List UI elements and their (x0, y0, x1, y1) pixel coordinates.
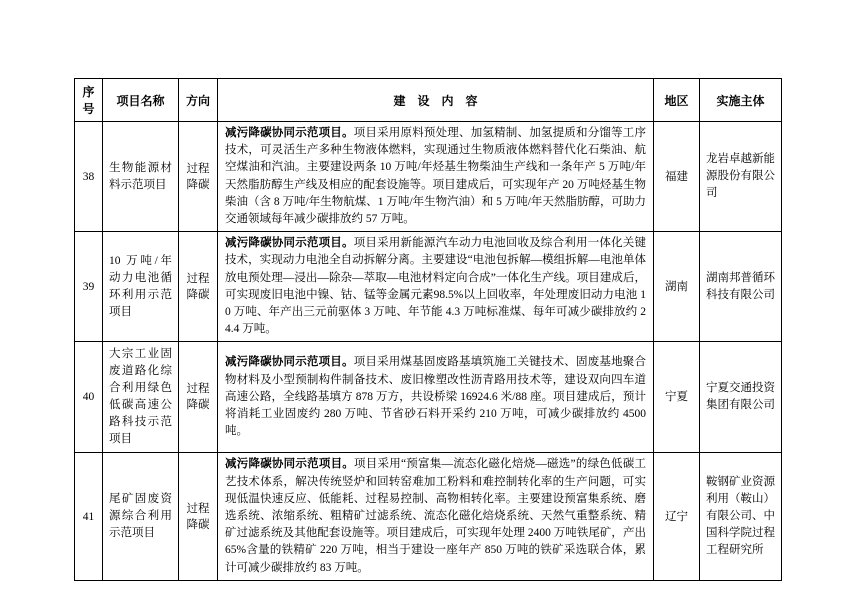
table-row: 41 尾矿固废资源综合利用示范项目 过程降碳 减污降碳协同示范项目。项目采用“预… (75, 453, 782, 580)
row-number: 38 (75, 122, 103, 232)
projects-table: 序号 项目名称 方向 建 设 内 容 地区 实施主体 38 生物能源材料示范项目… (74, 78, 782, 581)
project-content: 减污降碳协同示范项目。项目采用煤基固废路基填筑施工关键技术、固废基地聚合物材料及… (218, 342, 654, 453)
project-direction: 过程降碳 (179, 232, 218, 342)
project-name: 尾矿固废资源综合利用示范项目 (103, 453, 179, 580)
project-direction: 过程降碳 (179, 453, 218, 580)
row-number: 40 (75, 342, 103, 453)
project-direction: 过程降碳 (179, 122, 218, 232)
header-cell-content: 建 设 内 容 (218, 79, 654, 122)
row-number: 41 (75, 453, 103, 580)
content-body: 项目采用新能源汽车动力电池回收及综合利用一体化关键技术，实现动力电池全自动拆解分… (225, 237, 646, 335)
project-name: 生物能源材料示范项目 (103, 122, 179, 232)
header-cell-name: 项目名称 (103, 79, 179, 122)
table-row: 39 10 万吨/年动力电池循环利用示范项目 过程降碳 减污降碳协同示范项目。项… (75, 232, 782, 342)
project-region: 宁夏 (654, 342, 700, 453)
row-number: 39 (75, 232, 103, 342)
project-name: 10 万吨/年动力电池循环利用示范项目 (103, 232, 179, 342)
project-entity: 鞍钢矿业资源利用（鞍山）有限公司、中国科学院过程工程研究所 (700, 453, 782, 580)
content-body: 项目采用煤基固废路基填筑施工关键技术、固废基地聚合物材料及小型预制构件制备技术、… (225, 356, 646, 437)
project-region: 福建 (654, 122, 700, 232)
project-entity: 龙岩卓越新能源股份有限公司 (700, 122, 782, 232)
content-lead: 减污降碳协同示范项目。 (225, 127, 354, 139)
header-cell-no: 序号 (75, 79, 103, 122)
project-entity: 湖南邦普循环科技有限公司 (700, 232, 782, 342)
content-body: 项目采用原料预处理、加氢精制、加氢提质和分馏等工序技术，可灵活生产多种生物液体燃… (225, 127, 646, 225)
project-content: 减污降碳协同示范项目。项目采用原料预处理、加氢精制、加氢提质和分馏等工序技术，可… (218, 122, 654, 232)
document-page: 序号 项目名称 方向 建 设 内 容 地区 实施主体 38 生物能源材料示范项目… (0, 0, 848, 600)
table-header-row: 序号 项目名称 方向 建 设 内 容 地区 实施主体 (75, 79, 782, 122)
project-region: 辽宁 (654, 453, 700, 580)
table-row: 40 大宗工业固废道路化综合利用绿色低碳高速公路科技示范项目 过程降碳 减污降碳… (75, 342, 782, 453)
content-body: 项目采用“预富集—流态化磁化焙烧—磁选”的绿色低碳工艺技术体系，解决传统竖炉和回… (225, 458, 646, 573)
project-name: 大宗工业固废道路化综合利用绿色低碳高速公路科技示范项目 (103, 342, 179, 453)
content-lead: 减污降碳协同示范项目。 (225, 458, 354, 470)
header-cell-region: 地区 (654, 79, 700, 122)
project-direction: 过程降碳 (179, 342, 218, 453)
project-entity: 宁夏交通投资集团有限公司 (700, 342, 782, 453)
project-content: 减污降碳协同示范项目。项目采用“预富集—流态化磁化焙烧—磁选”的绿色低碳工艺技术… (218, 453, 654, 580)
table-row: 38 生物能源材料示范项目 过程降碳 减污降碳协同示范项目。项目采用原料预处理、… (75, 122, 782, 232)
project-region: 湖南 (654, 232, 700, 342)
header-cell-entity: 实施主体 (700, 79, 782, 122)
header-cell-direction: 方向 (179, 79, 218, 122)
content-lead: 减污降碳协同示范项目。 (225, 237, 354, 249)
content-lead: 减污降碳协同示范项目。 (225, 356, 354, 368)
project-content: 减污降碳协同示范项目。项目采用新能源汽车动力电池回收及综合利用一体化关键技术，实… (218, 232, 654, 342)
